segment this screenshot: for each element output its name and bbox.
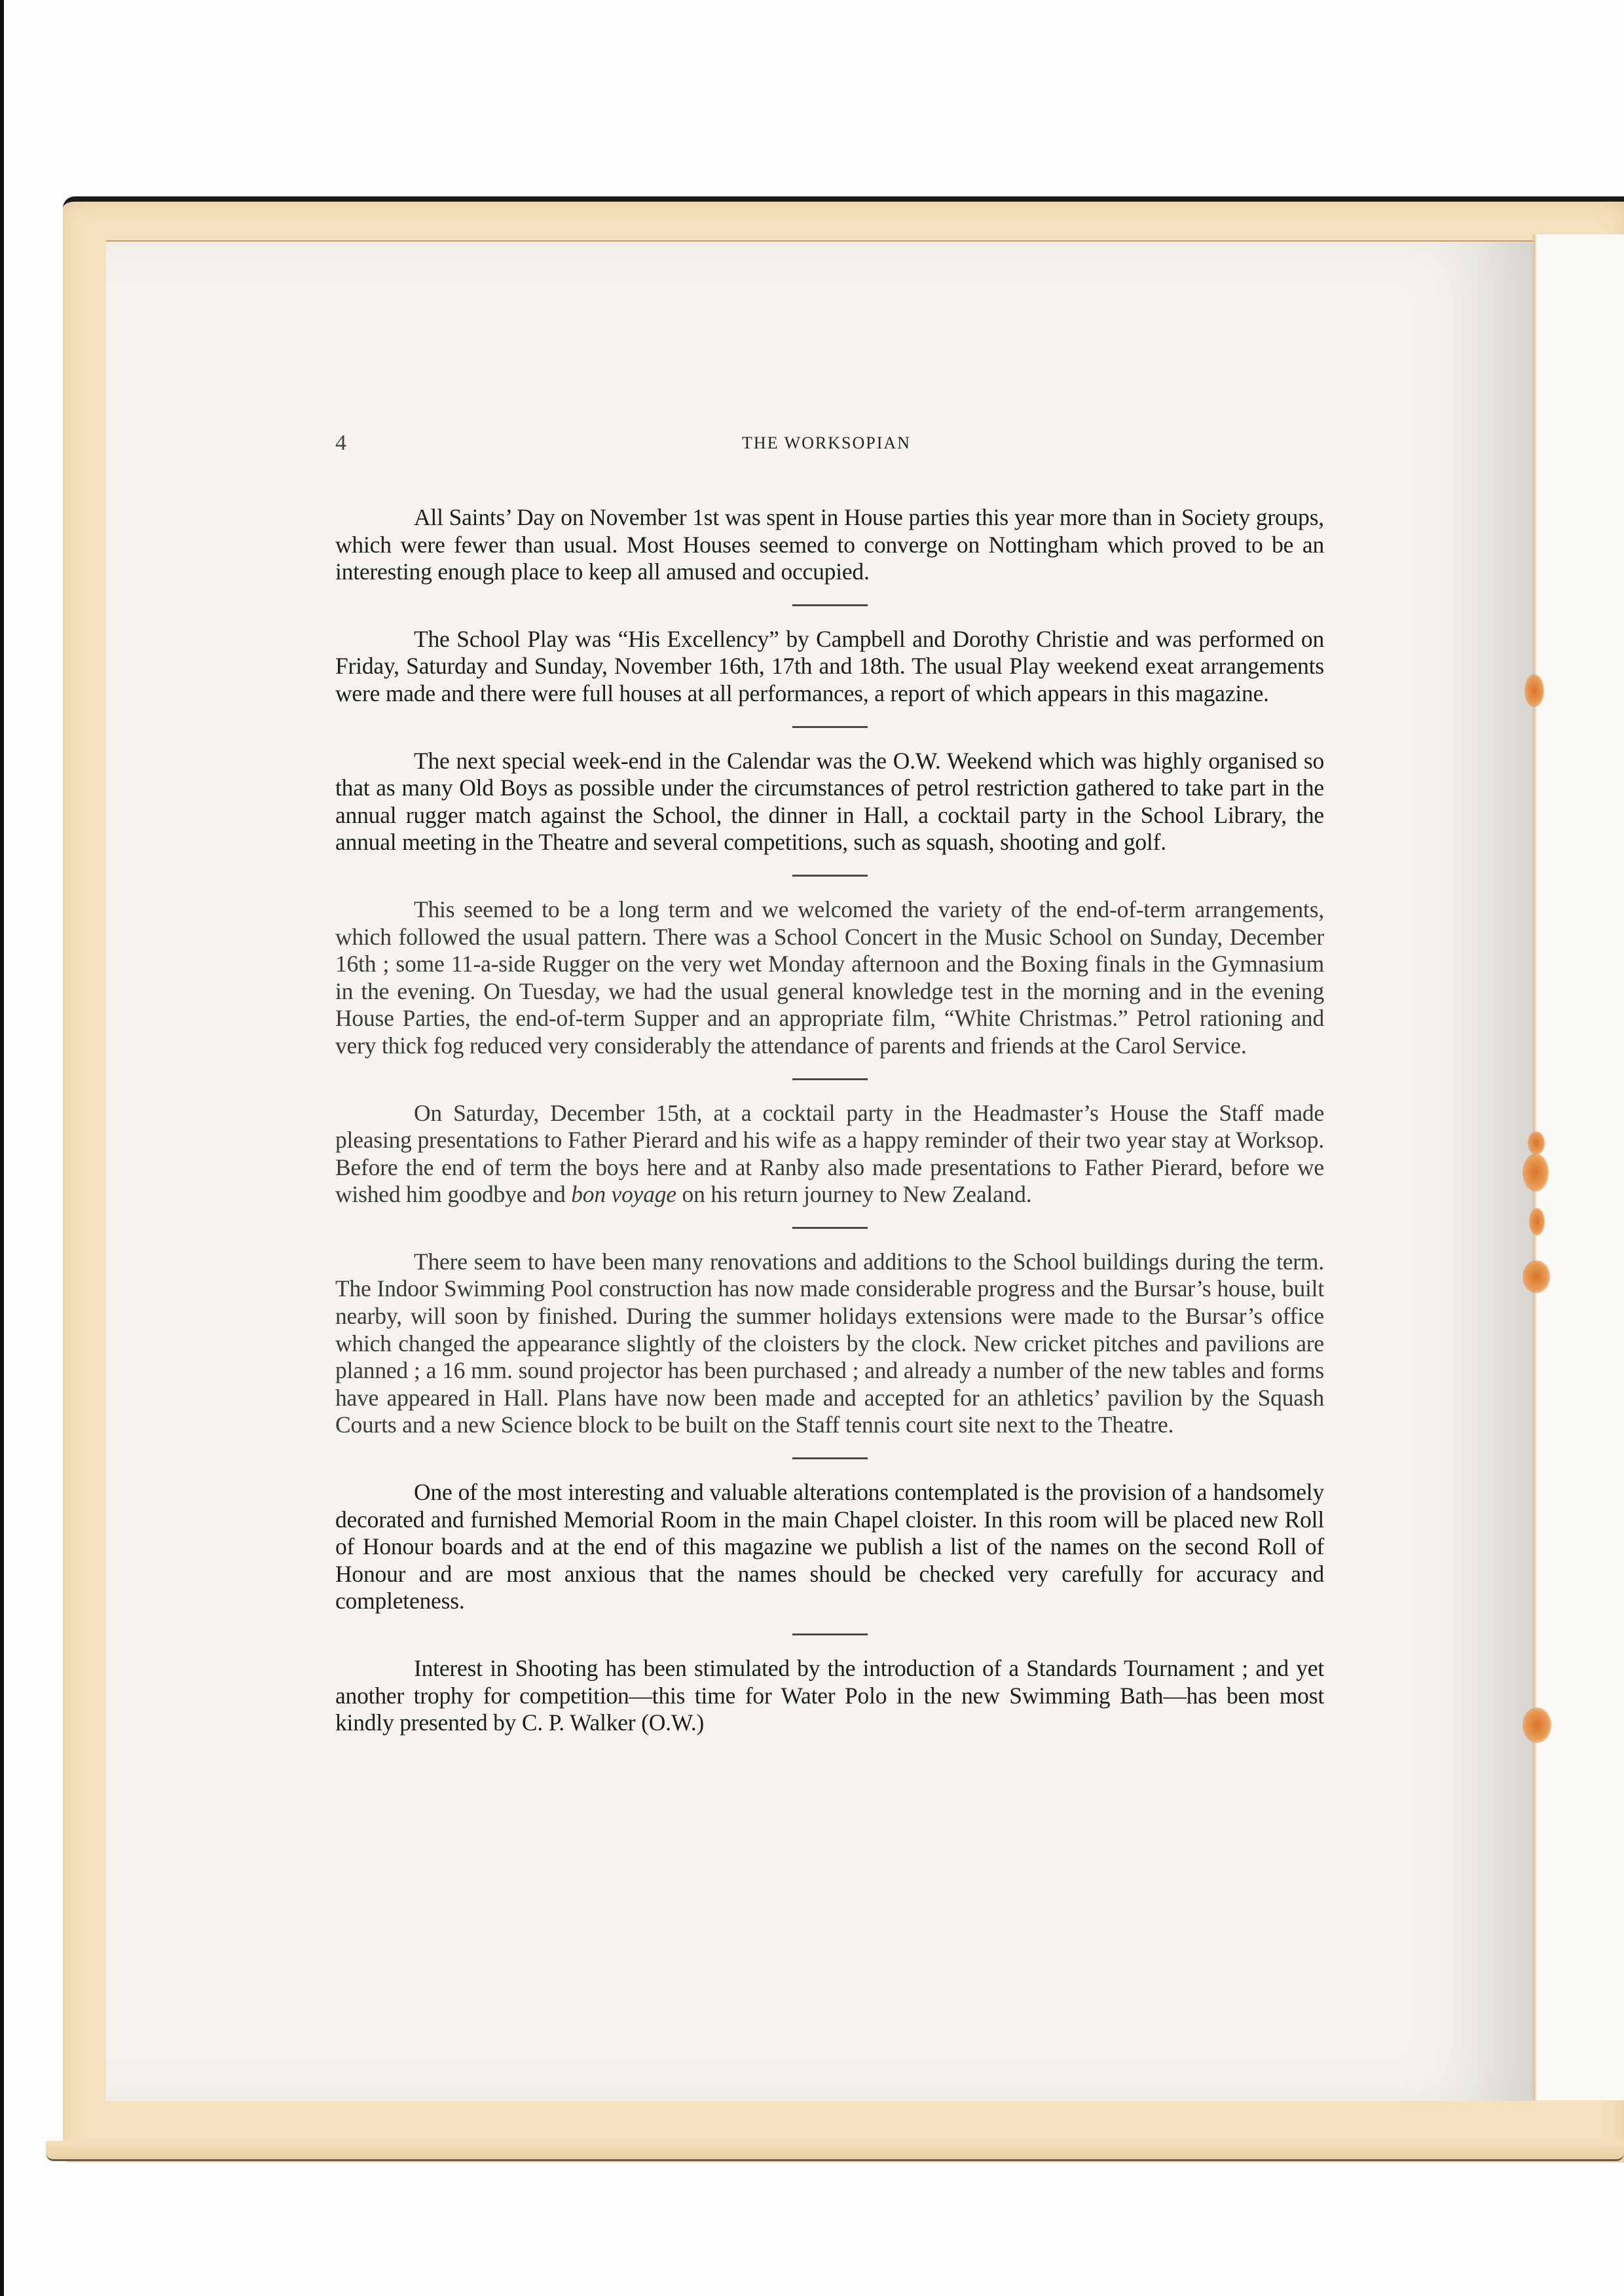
paragraph-renovations: There seem to have been many renovations… bbox=[335, 1248, 1324, 1439]
section-divider bbox=[792, 604, 868, 606]
section-divider bbox=[792, 726, 868, 728]
rust-stain bbox=[1522, 1260, 1550, 1293]
paragraph-all-saints: All Saints’ Day on November 1st was spen… bbox=[335, 504, 1324, 586]
rust-stain bbox=[1524, 674, 1544, 707]
section-divider bbox=[792, 1457, 868, 1459]
rust-stain bbox=[1522, 1707, 1551, 1743]
paragraph-school-play: The School Play was “His Excellency” by … bbox=[335, 626, 1324, 708]
italic-phrase: bon voyage bbox=[571, 1181, 676, 1207]
paragraph-shooting: Interest in Shooting has been stimulated… bbox=[335, 1655, 1324, 1737]
running-head: 4 THE WORKSOPIAN bbox=[335, 431, 1318, 457]
rust-stain bbox=[1528, 1131, 1545, 1155]
paragraph-text: on his return journey to New Zealand. bbox=[676, 1181, 1032, 1207]
cover-board-bottom-edge bbox=[46, 2141, 1624, 2161]
rust-stain bbox=[1522, 1154, 1549, 1192]
section-divider bbox=[792, 1078, 868, 1080]
facing-page bbox=[1536, 234, 1624, 2100]
section-divider bbox=[792, 1633, 868, 1635]
section-divider bbox=[792, 1227, 868, 1229]
paragraph-memorial-room: One of the most interesting and valuable… bbox=[335, 1479, 1324, 1615]
journal-title: THE WORKSOPIAN bbox=[335, 433, 1318, 453]
paragraph-ow-weekend: The next special week-end in the Calenda… bbox=[335, 748, 1324, 856]
article-body: All Saints’ Day on November 1st was spen… bbox=[335, 504, 1324, 1737]
section-divider bbox=[792, 875, 868, 877]
rust-stain bbox=[1529, 1208, 1545, 1235]
paragraph-end-of-term: This seemed to be a long term and we wel… bbox=[335, 896, 1324, 1060]
paragraph-father-pierard: On Saturday, December 15th, at a cocktai… bbox=[335, 1100, 1324, 1209]
scanner-edge bbox=[0, 0, 4, 2296]
